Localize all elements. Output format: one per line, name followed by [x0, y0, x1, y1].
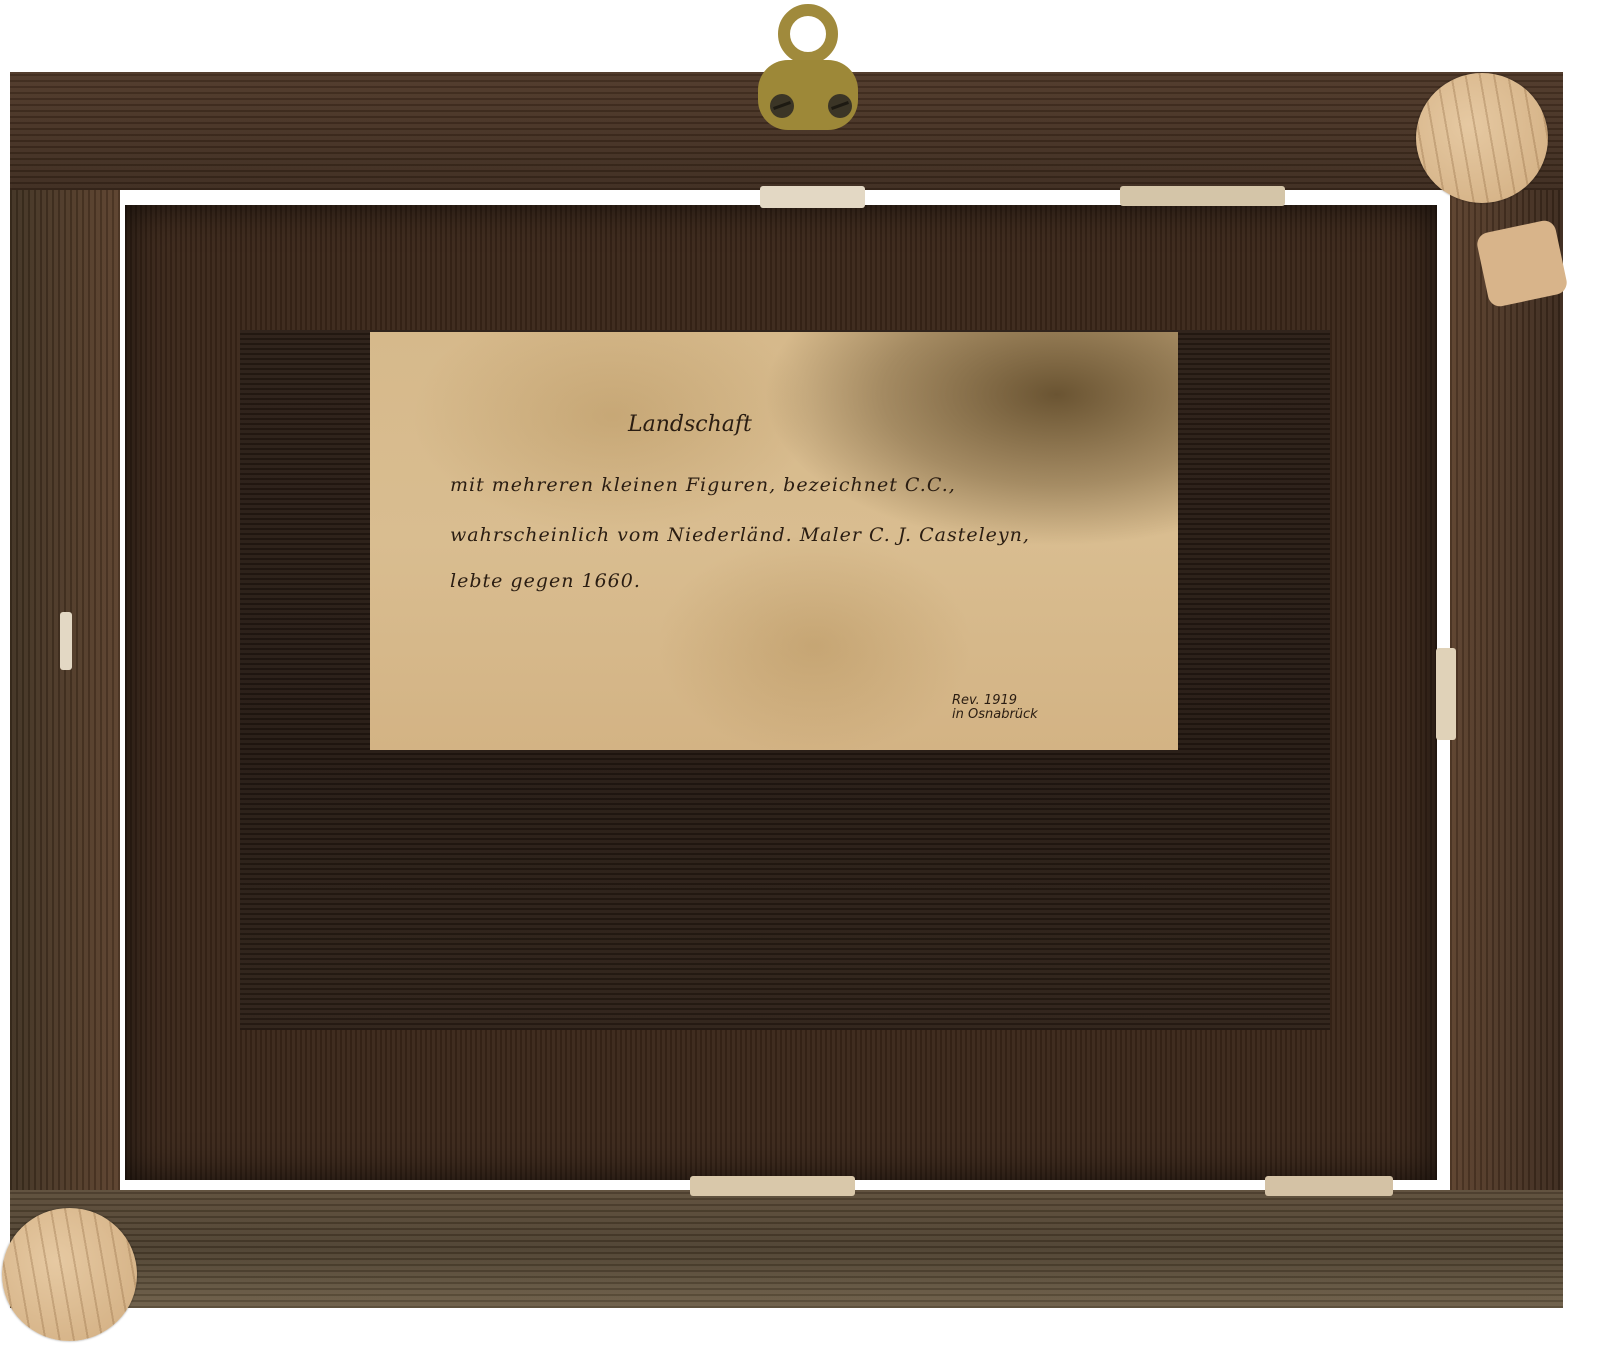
cork-bumper-top-right [1416, 73, 1548, 203]
frame-left-rail [10, 190, 120, 1190]
revision-note-line-2: in Osnabrück [952, 708, 1038, 722]
provenance-label: Landschaft mit mehreren kleinen Figuren,… [370, 332, 1178, 750]
revision-note: Rev. 1919 in Osnabrück [952, 694, 1038, 722]
frame-bottom-rail [10, 1190, 1563, 1308]
retaining-tab-bottom [690, 1176, 855, 1196]
retaining-tab-left [60, 612, 72, 670]
label-title: Landschaft [628, 412, 752, 437]
retaining-tab-bottom-right [1265, 1176, 1393, 1196]
retaining-tab-right [1436, 648, 1456, 740]
cork-bumper-bottom-left [2, 1208, 137, 1341]
retaining-tab-top [760, 186, 865, 208]
label-line-2: wahrscheinlich vom Niederländ. Maler C. … [450, 524, 1030, 546]
label-line-1: mit mehreren kleinen Figuren, bezeichnet… [450, 474, 956, 496]
revision-note-line-1: Rev. 1919 [952, 694, 1038, 708]
retaining-tab-top-right [1120, 186, 1285, 206]
screw-left-icon [770, 94, 794, 118]
label-line-3: lebte gegen 1660. [450, 570, 641, 592]
frame-right-rail [1450, 190, 1563, 1190]
screw-right-icon [828, 94, 852, 118]
hanging-ring-icon [778, 4, 838, 64]
